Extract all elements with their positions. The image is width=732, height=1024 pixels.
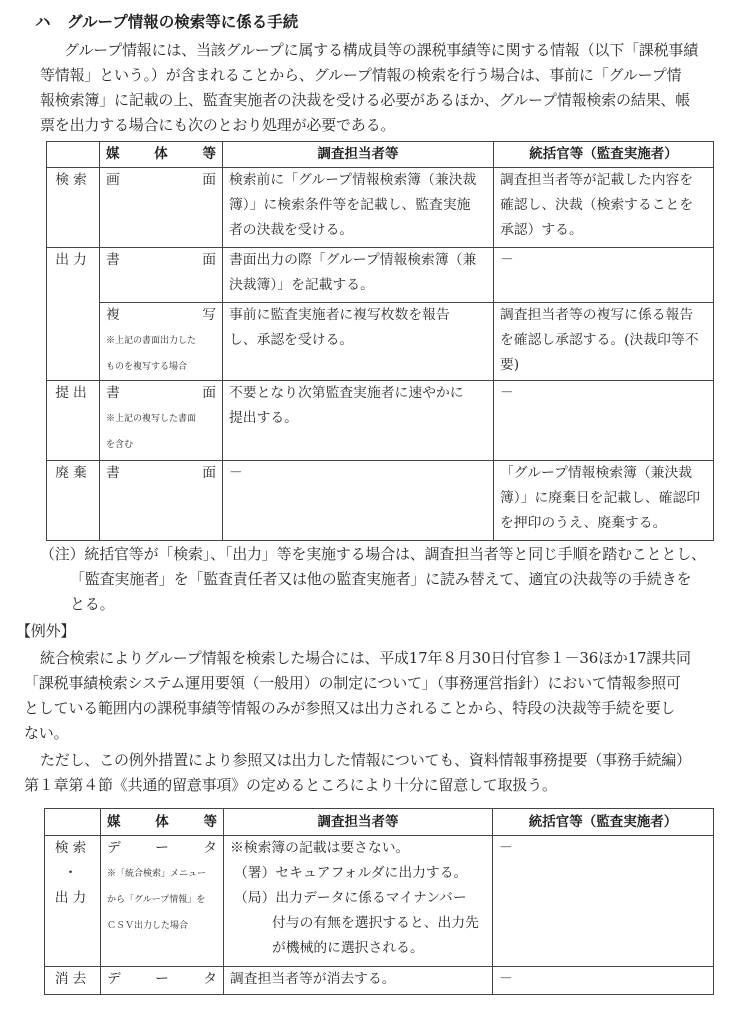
exception-paragraph-2: ただし、この例外措置により参照又は出力した情報についても、資料情報事務提要（事務… xyxy=(24,748,691,798)
officer-cell: 事前に監査実施者に複写枚数を報告 し、承認を受ける。 xyxy=(223,303,494,381)
media-cell: 画面 xyxy=(100,168,223,248)
table-row: 出力 書面 書面出力の際「グループ情報検索簿（兼 決裁簿）」を記載する。 － xyxy=(47,248,714,303)
note-line: 「監査実施者」を「監査責任者又は他の監査実施者」に読み替えて、適宜の決裁等の手続… xyxy=(40,567,706,592)
supervisor-cell: 調査担当者等が記載した内容を 確認し、決裁（検索することを 承認）する。 xyxy=(494,168,714,248)
note-paragraph: （注）統括官等が「検索」、「出力」等を実施する場合は、調査担当者等と同じ手順を踏… xyxy=(40,542,706,617)
media-note: ※上記の複写した書面 xyxy=(106,406,216,432)
stage-cell: 廃棄 xyxy=(47,461,100,541)
media-note: ものを複写する場合 xyxy=(106,354,216,380)
intro-line: 報検索簿」に記載の上、監査実施者の決裁を受ける必要があるほか、グループ情報検索の… xyxy=(40,88,698,113)
media-note: を含む xyxy=(106,432,216,458)
table-header-row: 媒体等 調査担当者等 統括官等（監査実施者） xyxy=(45,809,714,836)
stage-cell: 検索 xyxy=(47,168,100,248)
exception-line: ただし、この例外措置により参照又は出力した情報についても、資料情報事務提要（事務… xyxy=(24,748,691,773)
officer-cell: － xyxy=(223,461,494,541)
stage-cell: 検索 ・ 出力 xyxy=(45,836,101,967)
supervisor-cell: － xyxy=(493,967,714,995)
media-note: ※「統合検索」メニュー xyxy=(107,861,217,887)
media-note: ＣＳＶ出力した場合 xyxy=(107,913,217,939)
section-heading: ハグループ情報の検索等に係る手続 xyxy=(35,10,298,32)
section-marker: ハ xyxy=(35,10,67,32)
table-row: 廃棄 書面 － 「グループ情報検索簿（兼決裁 簿）」に廃棄日を記載し、確認印 を… xyxy=(47,461,714,541)
supervisor-cell: 調査担当者等の複写に係る報告 を確認し承認する。(決裁印等不 要) xyxy=(494,303,714,381)
exception-line: ない。 xyxy=(24,721,691,746)
table-row: 検索 画面 検索前に「グループ情報検索簿（兼決裁 簿）」に検索条件等を記載し、監… xyxy=(47,168,714,248)
table-header-row: 媒体等 調査担当者等 統括官等（監査実施者） xyxy=(47,142,714,168)
stage-cell: 出力 xyxy=(47,248,100,381)
procedure-table: 媒体等 調査担当者等 統括官等（監査実施者） 検索 画面 検索前に「グループ情報… xyxy=(46,141,714,541)
media-cell: 書面 xyxy=(100,248,223,303)
supervisor-cell: 「グループ情報検索簿（兼決裁 簿）」に廃棄日を記載し、確認印 を押印のうえ、廃棄… xyxy=(494,461,714,541)
media-cell: 書面 xyxy=(100,461,223,541)
media-cell: データ ※「統合検索」メニュー から「グループ情報」を ＣＳＶ出力した場合 xyxy=(101,836,224,967)
officer-cell: ※検索簿の記載は要さない。 （署）セキュアフォルダに出力する。 （局）出力データ… xyxy=(224,836,493,967)
table-row: 提出 書面 ※上記の複写した書面 を含む 不要となり次第監査実施者に速やかに 提… xyxy=(47,381,714,461)
supervisor-cell: － xyxy=(494,248,714,303)
intro-paragraph: グループ情報には、当該グループに属する構成員等の課税事績等に関する情報（以下「課… xyxy=(40,38,698,138)
note-line: 統括官等が「検索」、「出力」等を実施する場合は、調査担当者等と同じ手順を踏むこと… xyxy=(84,545,705,563)
exception-line: 統合検索によりグループ情報を検索した場合には、平成17年８月30日付官参１－36… xyxy=(24,646,691,671)
media-cell: データ xyxy=(101,967,224,995)
table-row: 消去 データ 調査担当者等が消去する。 － xyxy=(45,967,714,995)
exception-title: 【例外】 xyxy=(16,619,75,644)
header-media: 媒体等 xyxy=(101,809,224,836)
intro-line: 票を出力する場合にも次のとおり処理が必要である。 xyxy=(40,113,698,138)
stage-cell: 消去 xyxy=(45,967,101,995)
header-media: 媒体等 xyxy=(100,142,223,168)
table-row: 検索 ・ 出力 データ ※「統合検索」メニュー から「グループ情報」を ＣＳＶ出… xyxy=(45,836,714,967)
supervisor-cell: － xyxy=(493,836,714,967)
officer-cell: 書面出力の際「グループ情報検索簿（兼 決裁簿）」を記載する。 xyxy=(223,248,494,303)
header-stage xyxy=(45,809,101,836)
exception-paragraph-1: 統合検索によりグループ情報を検索した場合には、平成17年８月30日付官参１－36… xyxy=(24,646,691,746)
header-supervisor: 統括官等（監査実施者） xyxy=(494,142,714,168)
media-cell: 書面 ※上記の複写した書面 を含む xyxy=(100,381,223,461)
exception-procedure-table: 媒体等 調査担当者等 統括官等（監査実施者） 検索 ・ 出力 データ ※「統合検… xyxy=(44,808,714,995)
media-note: ※上記の書面出力した xyxy=(106,328,216,354)
supervisor-cell: － xyxy=(494,381,714,461)
section-title: グループ情報の検索等に係る手続 xyxy=(67,13,298,31)
header-officer: 調査担当者等 xyxy=(223,142,494,168)
exception-line: 第１章第４節《共通的留意事項》の定めるところにより十分に留意して取扱う。 xyxy=(24,773,691,798)
officer-cell: 検索前に「グループ情報検索簿（兼決裁 簿）」に検索条件等を記載し、監査実施 者の… xyxy=(223,168,494,248)
intro-line: 等情報」という。）が含まれることから、グループ情報の検索を行う場合は、事前に「グ… xyxy=(40,63,698,88)
note-line: とる。 xyxy=(40,592,706,617)
header-stage xyxy=(47,142,100,168)
header-supervisor: 統括官等（監査実施者） xyxy=(493,809,714,836)
note-label: （注） xyxy=(40,545,84,563)
header-officer: 調査担当者等 xyxy=(224,809,493,836)
officer-cell: 不要となり次第監査実施者に速やかに 提出する。 xyxy=(223,381,494,461)
exception-line: としている範囲内の課税事績等情報のみが参照又は出力されることから、特段の決裁等手… xyxy=(24,696,691,721)
intro-line: グループ情報には、当該グループに属する構成員等の課税事績等に関する情報（以下「課… xyxy=(40,38,698,63)
media-cell: 複写 ※上記の書面出力した ものを複写する場合 xyxy=(100,303,223,381)
stage-cell: 提出 xyxy=(47,381,100,461)
officer-cell: 調査担当者等が消去する。 xyxy=(224,967,493,995)
table-row: 複写 ※上記の書面出力した ものを複写する場合 事前に監査実施者に複写枚数を報告… xyxy=(47,303,714,381)
media-note: から「グループ情報」を xyxy=(107,887,217,913)
exception-line: 「課税事績検索システム運用要領（一般用）の制定について」（事務運営指針）において… xyxy=(24,671,691,696)
